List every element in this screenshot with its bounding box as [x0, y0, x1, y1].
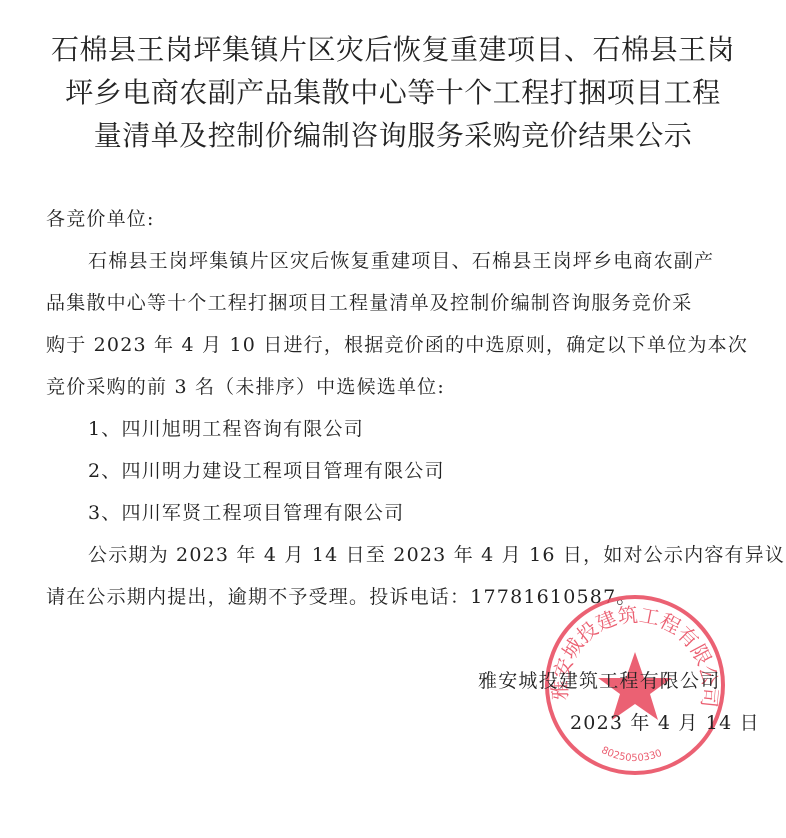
candidate-3: 3、四川军贤工程项目管理有限公司 — [88, 498, 404, 525]
svg-text:8025050330: 8025050330 — [599, 745, 663, 764]
title-line-2: 坪乡电商农副产品集散中心等十个工程打捆项目工程 — [0, 71, 786, 114]
document-title: 石棉县王岗坪集镇片区灾后恢复重建项目、石棉县王岗 坪乡电商农副产品集散中心等十个… — [0, 28, 786, 157]
body-line-2: 品集散中心等十个工程打捆项目工程量清单及控制价编制咨询服务竞价采 — [46, 288, 692, 315]
seal-code: 8025050330 — [599, 745, 663, 764]
body-line-1: 石棉县王岗坪集镇片区灾后恢复重建项目、石棉县王岗坪乡电商农副产 — [88, 246, 714, 273]
signature-company: 雅安城投建筑工程有限公司 — [478, 666, 720, 693]
candidate-2: 2、四川明力建设工程项目管理有限公司 — [88, 456, 445, 483]
notice-line-1: 公示期为 2023 年 4 月 14 日至 2023 年 4 月 16 日，如对… — [88, 540, 786, 567]
candidate-1: 1、四川旭明工程咨询有限公司 — [88, 414, 364, 441]
title-line-3: 量清单及控制价编制咨询服务采购竞价结果公示 — [0, 114, 786, 157]
salutation: 各竞价单位: — [46, 204, 155, 231]
body-line-3: 购于 2023 年 4 月 10 日进行，根据竞价函的中选原则，确定以下单位为本… — [46, 330, 748, 357]
title-line-1: 石棉县王岗坪集镇片区灾后恢复重建项目、石棉县王岗 — [0, 28, 786, 71]
signature-date: 2023 年 4 月 14 日 — [570, 708, 760, 735]
body-line-4: 竞价采购的前 3 名（未排序）中选候选单位: — [46, 372, 445, 399]
